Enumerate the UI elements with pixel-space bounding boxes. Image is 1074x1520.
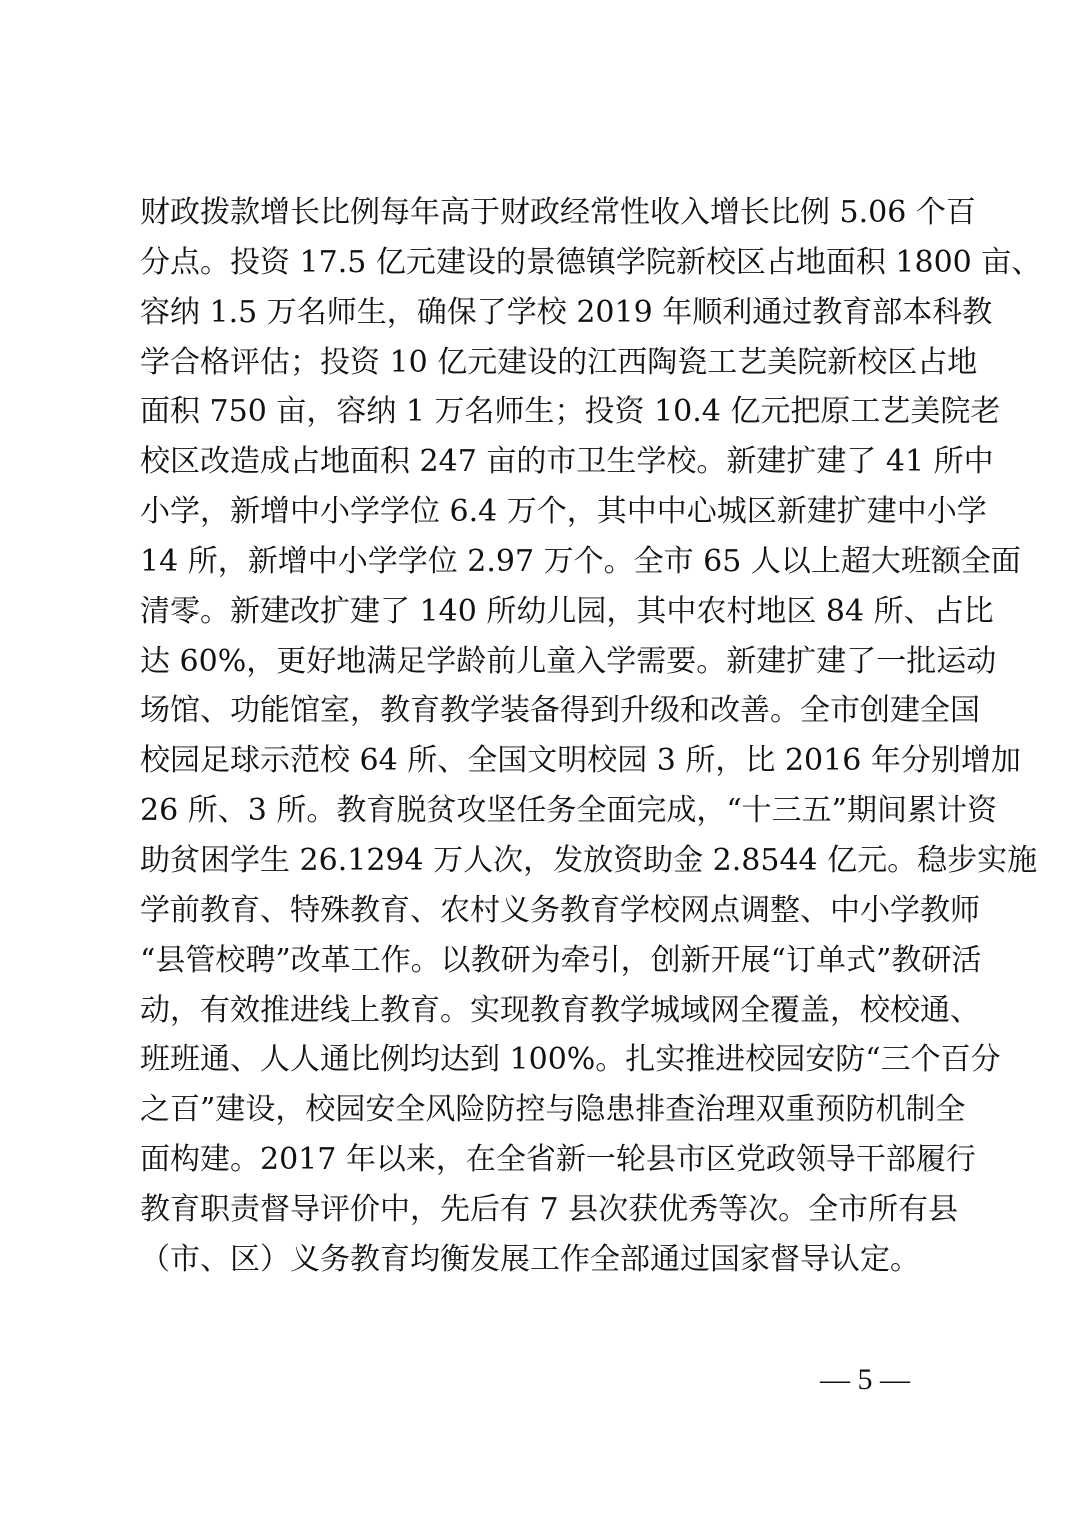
- body-paragraph: 财政拨款增长比例每年高于财政经常性收入增长比例 5.06 个百 分点。投资 17…: [140, 188, 940, 1285]
- text-line: 之百”建设，校园安全风险防控与隐患排查治理双重预防机制全: [140, 1085, 940, 1135]
- text-line: 场馆、功能馆室，教育教学装备得到升级和改善。全市创建全国: [140, 686, 940, 736]
- text-line: 分点。投资 17.5 亿元建设的景德镇学院新校区占地面积 1800 亩、: [140, 238, 940, 288]
- text-line: 学合格评估；投资 10 亿元建设的江西陶瓷工艺美院新校区占地: [140, 338, 940, 388]
- text-line: 清零。新建改扩建了 140 所幼儿园，其中农村地区 84 所、占比: [140, 587, 940, 637]
- text-line: （市、区）义务教育均衡发展工作全部通过国家督导认定。: [140, 1235, 940, 1285]
- text-line: 面积 750 亩，容纳 1 万名师生；投资 10.4 亿元把原工艺美院老: [140, 387, 940, 437]
- text-line: 动，有效推进线上教育。实现教育教学城域网全覆盖，校校通、: [140, 986, 940, 1036]
- document-page: 财政拨款增长比例每年高于财政经常性收入增长比例 5.06 个百 分点。投资 17…: [0, 0, 1074, 1520]
- text-line: 面构建。2017 年以来，在全省新一轮县市区党政领导干部履行: [140, 1135, 940, 1185]
- text-line: 校园足球示范校 64 所、全国文明校园 3 所，比 2016 年分别增加: [140, 736, 940, 786]
- text-line: 财政拨款增长比例每年高于财政经常性收入增长比例 5.06 个百: [140, 188, 940, 238]
- text-line: 校区改造成占地面积 247 亩的市卫生学校。新建扩建了 41 所中: [140, 437, 940, 487]
- text-line: 教育职责督导评价中，先后有 7 县次获优秀等次。全市所有县: [140, 1185, 940, 1235]
- text-line: 学前教育、特殊教育、农村义务教育学校网点调整、中小学教师: [140, 886, 940, 936]
- text-line: 班班通、人人通比例均达到 100%。扎实推进校园安防“三个百分: [140, 1035, 940, 1085]
- text-line: 14 所，新增中小学学位 2.97 万个。全市 65 人以上超大班额全面: [140, 537, 940, 587]
- page-number: — 5 —: [820, 1360, 920, 1400]
- text-line: 小学，新增中小学学位 6.4 万个，其中中心城区新建扩建中小学: [140, 487, 940, 537]
- text-line: 达 60%，更好地满足学龄前儿童入学需要。新建扩建了一批运动: [140, 637, 940, 687]
- text-line: 助贫困学生 26.1294 万人次，发放资助金 2.8544 亿元。稳步实施: [140, 836, 940, 886]
- text-line: 容纳 1.5 万名师生，确保了学校 2019 年顺利通过教育部本科教: [140, 288, 940, 338]
- text-line: “县管校聘”改革工作。以教研为牵引，创新开展“订单式”教研活: [140, 936, 940, 986]
- text-line: 26 所、3 所。教育脱贫攻坚任务全面完成，“十三五”期间累计资: [140, 786, 940, 836]
